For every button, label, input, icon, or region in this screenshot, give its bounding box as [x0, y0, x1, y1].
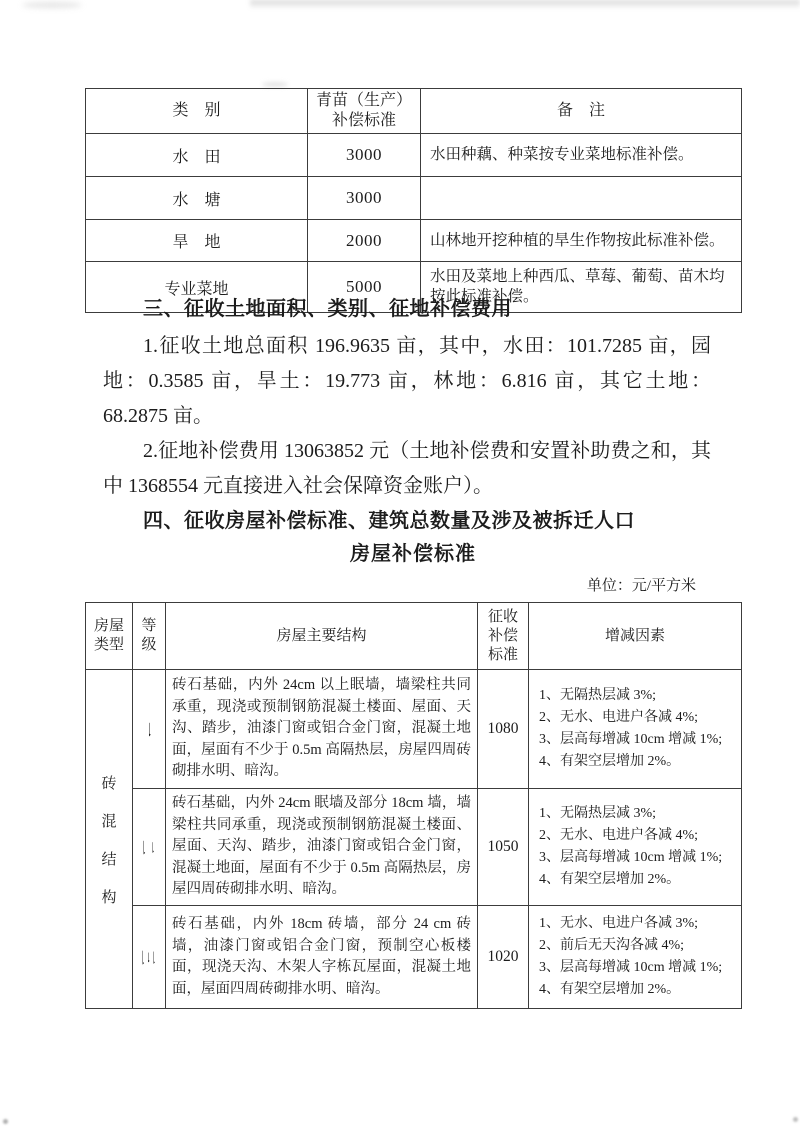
house-header-factors: 增减因素	[529, 603, 742, 670]
crop-header-remark: 备 注	[421, 89, 742, 134]
scan-artifact	[262, 82, 288, 87]
crop-header-standard-line2: 补偿标准	[308, 111, 420, 131]
grade-numeral: 一	[138, 721, 159, 736]
scan-artifact	[793, 1117, 798, 1122]
house-header-structure: 房屋主要结构	[166, 603, 478, 670]
factor-item: 2、前后无天沟各减 4%;	[539, 935, 739, 957]
structure-cell: 砖石基础，内外 18cm 砖墙，部分 24 cm 砖墙，油漆门窗或铝合金门窗，预…	[166, 906, 478, 1009]
factor-item: 1、无隔热层减 3%;	[539, 803, 739, 825]
house-header-type-line1: 房屋	[86, 617, 132, 636]
house-type-char: 混	[101, 810, 116, 831]
house-header-standard-line1: 征收	[478, 608, 528, 627]
factor-item: 4、有架空层增加 2%。	[539, 869, 739, 891]
standard-cell: 1080	[478, 670, 529, 789]
crop-row-remark: 山林地开挖种植的旱生作物按此标准补偿。	[421, 220, 742, 262]
crop-row-category: 水 塘	[86, 177, 308, 220]
crop-row-category: 旱 地	[86, 220, 308, 262]
house-table-header-row: 房屋 类型 等 级 房屋主要结构 征收 补偿 标准 增减因素	[86, 603, 742, 670]
crop-header-standard: 青苗（生产） 补偿标准	[308, 89, 421, 134]
factor-item: 1、无隔热层减 3%;	[539, 685, 739, 707]
table-row: 砖 混 结 构 一 砖石基础，内外 24cm 以上眠墙，墙梁柱共同承重，现浇或预…	[86, 670, 742, 789]
scan-artifact	[3, 1119, 8, 1124]
section-three-heading: 三、征收土地面积、类别、征地补偿费用	[103, 294, 713, 324]
house-type-vertical-label: 砖 混 结 构	[86, 772, 132, 907]
grade-numeral: 三	[138, 949, 159, 964]
crop-row-remark: 水田种藕、种菜按专业菜地标准补偿。	[421, 134, 742, 177]
factors-cell: 1、无水、电进户各减 3%; 2、前后无天沟各减 4%; 3、层高每增减 10c…	[529, 906, 742, 1009]
land-area-paragraph: 1.征收土地总面积 196.9635 亩，其中，水田：101.7285 亩，园地…	[103, 329, 711, 434]
standard-cell: 1050	[478, 789, 529, 906]
house-header-type-line2: 类型	[86, 636, 132, 655]
house-header-grade: 等 级	[133, 603, 166, 670]
compensation-cost-paragraph: 2.征地补偿费用 13063852 元（土地补偿费和安置补助费之和，其中 136…	[103, 434, 711, 504]
grade-numeral: 二	[138, 839, 159, 854]
crop-row-remark	[421, 177, 742, 220]
factor-item: 4、有架空层增加 2%。	[539, 979, 739, 1001]
table-row: 二 砖石基础，内外 24cm 眠墙及部分 18cm 墙，墙梁柱共同承重，现浇或预…	[86, 789, 742, 906]
factor-item: 2、无水、电进户各减 4%;	[539, 707, 739, 729]
factor-item: 3、层高每增减 10cm 增减 1%;	[539, 847, 739, 869]
scan-artifact	[22, 2, 82, 8]
crop-row-standard: 3000	[308, 134, 421, 177]
standard-cell: 1020	[478, 906, 529, 1009]
house-standard-subtitle: 房屋补偿标准	[85, 539, 741, 569]
crop-row-standard: 2000	[308, 220, 421, 262]
factors-cell: 1、无隔热层减 3%; 2、无水、电进户各减 4%; 3、层高每增减 10cm …	[529, 789, 742, 906]
house-type-char: 构	[101, 886, 116, 907]
crop-row-category: 水 田	[86, 134, 308, 177]
house-compensation-table: 房屋 类型 等 级 房屋主要结构 征收 补偿 标准 增减因素 砖 混 结 构	[85, 602, 742, 1009]
factor-item: 2、无水、电进户各减 4%;	[539, 825, 739, 847]
factor-item: 4、有架空层增加 2%。	[539, 751, 739, 773]
factor-item: 3、层高每增减 10cm 增减 1%;	[539, 957, 739, 979]
structure-cell: 砖石基础，内外 24cm 眠墙及部分 18cm 墙，墙梁柱共同承重，现浇或预制钢…	[166, 789, 478, 906]
house-type-char: 结	[101, 848, 116, 869]
house-header-standard-line2: 补偿	[478, 627, 528, 646]
document-page: 类 别 青苗（生产） 补偿标准 备 注 水 田 3000 水田种藕、种菜按专业菜…	[0, 0, 800, 1126]
crop-row-standard: 3000	[308, 177, 421, 220]
house-header-standard-line3: 标准	[478, 646, 528, 665]
crop-table-header-row: 类 别 青苗（生产） 补偿标准 备 注	[86, 89, 742, 134]
house-header-type: 房屋 类型	[86, 603, 133, 670]
house-type-cell: 砖 混 结 构	[86, 670, 133, 1009]
crop-header-standard-line1: 青苗（生产）	[308, 91, 420, 111]
factor-item: 1、无水、电进户各减 3%;	[539, 913, 739, 935]
factor-item: 3、层高每增减 10cm 增减 1%;	[539, 729, 739, 751]
grade-cell: 一	[133, 670, 166, 789]
structure-cell: 砖石基础，内外 24cm 以上眠墙，墙梁柱共同承重，现浇或预制钢筋混凝土楼面、屋…	[166, 670, 478, 789]
crop-compensation-table: 类 别 青苗（生产） 补偿标准 备 注 水 田 3000 水田种藕、种菜按专业菜…	[85, 88, 742, 313]
table-row: 三 砖石基础，内外 18cm 砖墙，部分 24 cm 砖墙，油漆门窗或铝合金门窗…	[86, 906, 742, 1009]
unit-note: 单位：元/平方米	[85, 576, 741, 596]
table-row: 水 田 3000 水田种藕、种菜按专业菜地标准补偿。	[86, 134, 742, 177]
house-type-char: 砖	[101, 772, 116, 793]
table-row: 水 塘 3000	[86, 177, 742, 220]
grade-cell: 二	[133, 789, 166, 906]
table-row: 旱 地 2000 山林地开挖种植的旱生作物按此标准补偿。	[86, 220, 742, 262]
grade-cell: 三	[133, 906, 166, 1009]
section-four-heading: 四、征收房屋补偿标准、建筑总数量及涉及被拆迁人口	[103, 506, 713, 536]
scan-artifact	[250, 0, 800, 9]
crop-header-category: 类 别	[86, 89, 308, 134]
house-header-standard: 征收 补偿 标准	[478, 603, 529, 670]
house-header-grade-line1: 等	[133, 617, 165, 636]
factors-cell: 1、无隔热层减 3%; 2、无水、电进户各减 4%; 3、层高每增减 10cm …	[529, 670, 742, 789]
house-header-grade-line2: 级	[133, 636, 165, 655]
